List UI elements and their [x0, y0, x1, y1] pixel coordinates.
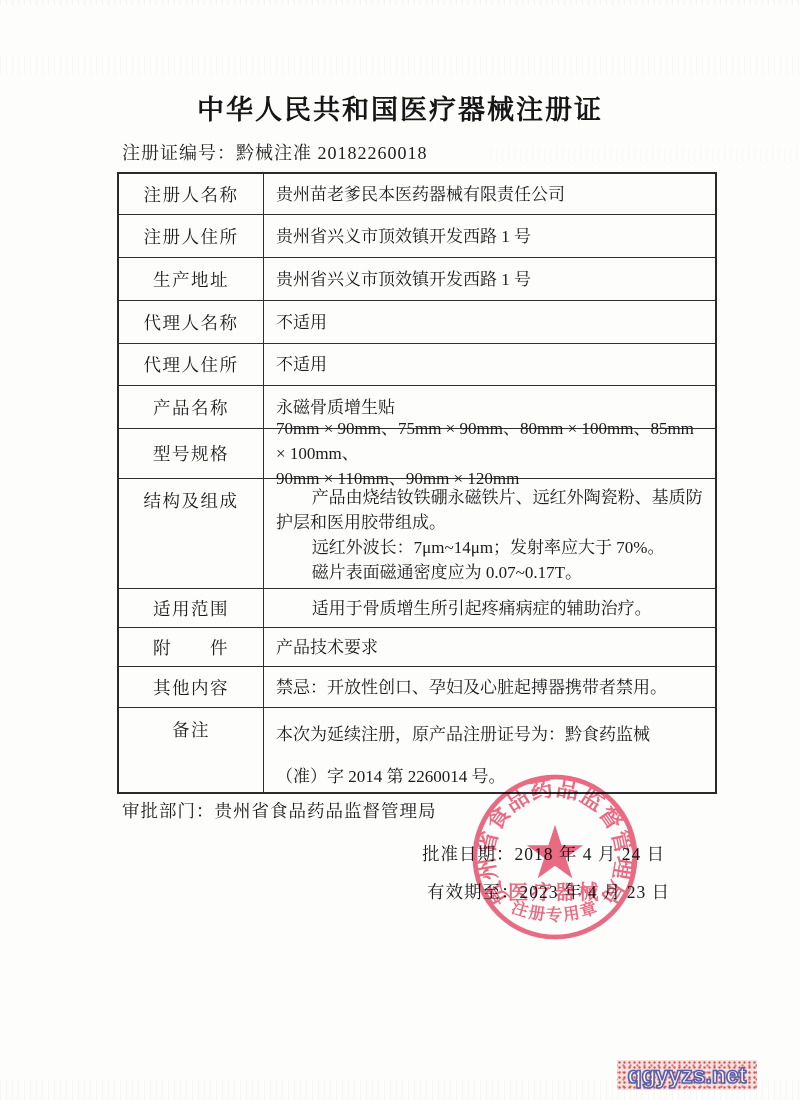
table-row: 附 件 产品技术要求	[119, 628, 715, 667]
table-row: 生产地址 贵州省兴义市顶效镇开发西路 1 号	[119, 258, 715, 301]
table-row: 结构及组成 产品由烧结钕铁硼永磁铁片、远红外陶瓷粉、基质防护层和医用胶带组成。远…	[119, 479, 715, 589]
approve-date-label: 批准日期：	[422, 844, 515, 864]
table-row-value: 产品技术要求	[264, 628, 715, 666]
table-row-label: 型号规格	[119, 429, 264, 478]
table-row-value: 70mm × 90mm、75mm × 90mm、80mm × 100mm、85m…	[264, 429, 715, 478]
table-row-label: 生产地址	[119, 258, 264, 300]
valid-until-label: 有效期至：	[427, 882, 520, 902]
table-row-value: 产品由烧结钕铁硼永磁铁片、远红外陶瓷粉、基质防护层和医用胶带组成。远红外波长：7…	[264, 479, 715, 588]
table-row-label: 备注	[119, 708, 264, 792]
table-row-value: 贵州苗老爹民本医药器械有限责任公司	[264, 174, 715, 214]
table-row-value: 不适用	[264, 301, 715, 343]
table-row: 型号规格 70mm × 90mm、75mm × 90mm、80mm × 100m…	[119, 429, 715, 479]
approve-date-value: 2018 年 4 月 24 日	[515, 844, 666, 864]
table-row-label: 附 件	[119, 628, 264, 666]
table-row: 其他内容 禁忌：开放性创口、孕妇及心脏起搏器携带者禁用。	[119, 667, 715, 708]
watermark-text: qgyyzs.net	[628, 1062, 747, 1089]
table-cell-value-line: 适用于骨质增生所引起疼痛病症的辅助治疗。	[276, 596, 707, 621]
table-cell-value-line: 贵州苗老爹民本医药器械有限责任公司	[276, 182, 707, 207]
table-row: 代理人名称 不适用	[119, 301, 715, 344]
table-row: 代理人住所 不适用	[119, 344, 715, 386]
approval-department-value: 贵州省食品药品监督管理局	[215, 801, 437, 821]
approval-department-line: 审批部门：贵州省食品药品监督管理局	[122, 798, 437, 823]
table-row-label: 代理人住所	[119, 344, 264, 385]
cert-table: 注册人名称 贵州苗老爹民本医药器械有限责任公司 注册人住所 贵州省兴义市顶效镇开…	[117, 172, 717, 794]
approval-department-label: 审批部门：	[122, 801, 215, 821]
table-cell-value-line: 贵州省兴义市顶效镇开发西路 1 号	[276, 224, 707, 249]
table-row: 注册人住所 贵州省兴义市顶效镇开发西路 1 号	[119, 215, 715, 258]
table-cell-value-line: 不适用	[276, 352, 707, 377]
table-cell-value-line: 70mm × 90mm、75mm × 90mm、80mm × 100mm、85m…	[276, 416, 707, 466]
table-row-value: 不适用	[264, 344, 715, 385]
table-cell-value-line: 本次为延续注册，原产品注册证号为：黔食药监械	[276, 714, 707, 756]
table-row: 备注 本次为延续注册，原产品注册证号为：黔食药监械（准）字 2014 第 226…	[119, 708, 715, 792]
table-row: 适用范围 适用于骨质增生所引起疼痛病症的辅助治疗。	[119, 589, 715, 628]
table-row-label: 其他内容	[119, 667, 264, 707]
certificate-number-value: 黔械注准 20182260018	[236, 143, 428, 163]
valid-until-value: 2023 年 4 月 23 日	[520, 882, 671, 902]
table-cell-value-line: 禁忌：开放性创口、孕妇及心脏起搏器携带者禁用。	[276, 675, 707, 700]
table-cell-value-line: 产品技术要求	[276, 635, 707, 660]
table-row-value: 本次为延续注册，原产品注册证号为：黔食药监械（准）字 2014 第 226001…	[264, 708, 715, 792]
table-row-value: 贵州省兴义市顶效镇开发西路 1 号	[264, 258, 715, 300]
scan-artifact-band	[0, 0, 800, 5]
table-row-label: 适用范围	[119, 589, 264, 627]
table-row-value: 禁忌：开放性创口、孕妇及心脏起搏器携带者禁用。	[264, 667, 715, 707]
certificate-number-line: 注册证编号：黔械注准 20182260018	[122, 139, 428, 165]
table-row: 注册人名称 贵州苗老爹民本医药器械有限责任公司	[119, 174, 715, 215]
table-row-label: 产品名称	[119, 386, 264, 428]
table-row-label: 注册人名称	[119, 174, 264, 214]
table-row-value: 贵州省兴义市顶效镇开发西路 1 号	[264, 215, 715, 257]
scan-artifact-band	[0, 56, 800, 76]
table-cell-value-line: 贵州省兴义市顶效镇开发西路 1 号	[276, 267, 707, 292]
table-cell-value-line: （准）字 2014 第 2260014 号。	[276, 756, 707, 798]
table-row-label: 结构及组成	[119, 479, 264, 588]
watermark-badge: qgyyzs.net	[617, 1060, 757, 1090]
certificate-number-label: 注册证编号：	[122, 143, 236, 163]
scan-artifact-band	[490, 148, 800, 162]
table-cell-value-line: 磁片表面磁通密度应为 0.07~0.17T。	[276, 560, 707, 585]
valid-until-line: 有效期至：2023 年 4 月 23 日	[427, 879, 670, 904]
table-row-label: 代理人名称	[119, 301, 264, 343]
approve-date-line: 批准日期：2018 年 4 月 24 日	[422, 841, 665, 866]
table-cell-value-line: 远红外波长：7μm~14μm；发射率应大于 70%。	[276, 535, 707, 560]
table-cell-value-line: 不适用	[276, 310, 707, 335]
page-title: 中华人民共和国医疗器械注册证	[0, 88, 800, 127]
table-row-label: 注册人住所	[119, 215, 264, 257]
table-cell-value-line: 产品由烧结钕铁硼永磁铁片、远红外陶瓷粉、基质防护层和医用胶带组成。	[276, 485, 707, 535]
table-row-value: 适用于骨质增生所引起疼痛病症的辅助治疗。	[264, 589, 715, 627]
